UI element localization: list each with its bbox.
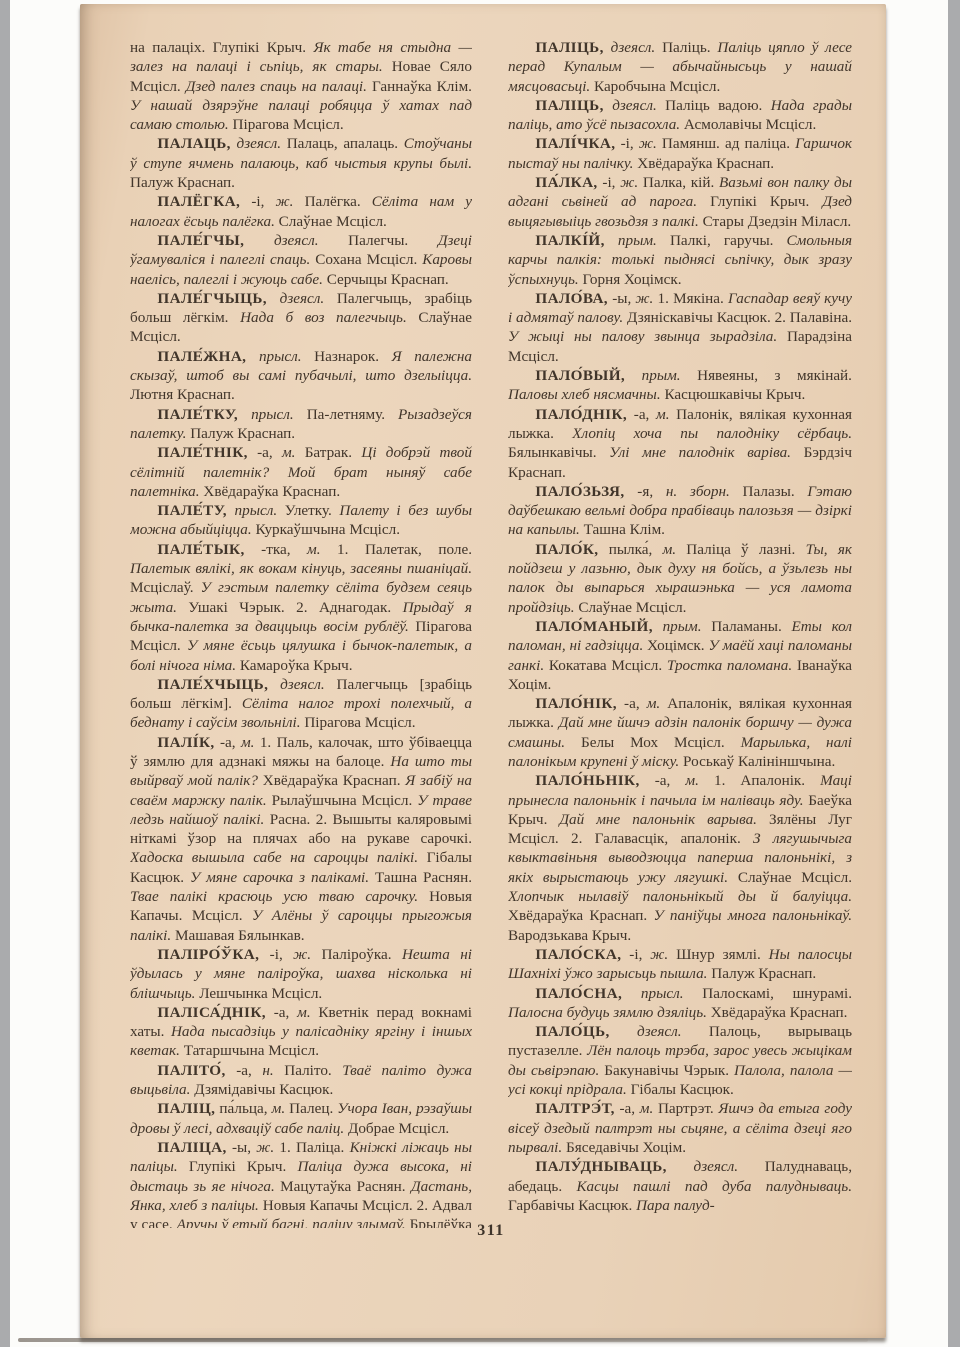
entry-headword: ПАЛІЦ, [157,1100,215,1117]
entry-text: Паліто. [274,1062,343,1079]
dictionary-entry: ПАЛАЦЬ, дзеясл. Палаць, апалаць. Стоўчан… [130,134,472,192]
dictionary-entry: ПАЛЁГКА, -і, ж. Палёгка. Сёліта нам у на… [130,192,472,231]
entry-text: -а, [615,1100,640,1117]
entry-italic-text: ж. [293,946,311,963]
entry-text: -і, [616,135,639,152]
entry-text: -ы, [227,1139,257,1156]
text-column-right: ПАЛІЦЬ, дзеясл. Паліць. Паліць цяпло ў л… [508,38,852,1228]
entry-headword: ПАЛІРО́ЎКА, [157,946,259,963]
entry-italic-text: Палетык вялікі, як вокам кінуць, засеяны… [130,560,472,577]
entry-headword: ПАЛЕ́ГЧЫЦЬ, [157,290,267,307]
entry-headword: ПАЛО́ДНІК, [535,406,627,423]
entry-text: Слаўнае Мсцісл. [275,213,387,230]
entry-text: Белы Мох Мсцісл. [565,734,740,751]
entry-text: Палуж Краснап. [186,425,295,442]
entry-text: -а, [617,695,647,712]
dictionary-entry: ПАЛО́МАНЫЙ, прым. Паламаны. Еты кол пало… [508,617,852,694]
entry-headword: ПАЛЕ́ГЧЫ, [157,232,244,249]
entry-text: Хвёдараўка Краснап. [258,772,405,789]
entry-text: Мацутаўка Раснян. [275,1178,411,1195]
entry-italic-text: м. [656,406,670,423]
dictionary-entry: ПАЛІЦ, па́льца, м. Палец. Учора Іван, рэ… [130,1099,472,1138]
entry-headword: ПАЛІТО́, [157,1062,225,1079]
entry-text: Вародзькава Крыч. [508,927,631,944]
entry-text: Бакунавічы Чэрык. [599,1062,734,1079]
entry-italic-text: прысл. [622,985,683,1002]
entry-italic-text: Дай мне палоньнік варыва. [559,811,757,828]
entry-text: -а, [640,772,686,789]
entry-headword: ПАЛО́НЬНІК, [535,772,639,789]
entry-italic-text: Касцы пашлі пад дуба палуднываць. [576,1178,852,1195]
dictionary-entry: ПАЛІ́ЧКА, -і, ж. Памянш. ад паліца. Гарш… [508,134,852,173]
entry-text: Ушакі Чэрык. 2. Аднагодак. [177,599,403,616]
entry-text: Палуж Краснап. [707,965,816,982]
entry-italic-text: ж. [256,1139,274,1156]
entry-text: 1. Апалонік. [699,772,820,789]
entry-text: Палёгка. [293,193,371,210]
entry-italic-text: прым. [605,232,657,249]
entry-italic-text: дзеясл. [267,290,324,307]
entry-italic-text: м. [663,541,677,558]
dictionary-entry: ПАЛО́НЬНІК, -а, м. 1. Апалонік. Маці пры… [508,771,852,945]
entry-text: Татаршчына Мсцісл. [180,1042,319,1059]
entry-italic-text: Хадоска вышыла сабе на сароццы палікі. [130,849,418,866]
dictionary-entry: ПАЛТРЭ́Т, -а, м. Партрэт. Яшчэ да етыга … [508,1099,852,1157]
entry-italic-text: Твае палікі красюць усю тваю сарочку. [130,888,418,905]
entry-text: Хвёдараўка Краснап. [707,1004,848,1021]
entry-text: Нявеяны, з мякінай. [681,367,852,384]
entry-italic-text: У паніўцы многа палоньнікаў. [653,907,852,924]
entry-text: Серчыцы Краснап. [323,271,449,288]
entry-text: Хоцімск. [643,637,708,654]
entry-text: Палегчы. [319,232,438,249]
entry-text: Горня Хоцімск. [579,271,682,288]
dictionary-entry: ПАЛО́ДНІК, -а, м. Палонік, вялікая кухон… [508,405,852,482]
entry-italic-text: прысл. [227,502,277,519]
entry-text: пылка́, [598,541,662,558]
entry-text: Палуж Краснап. [130,174,235,191]
entry-text: Паліць вадою. [657,97,771,114]
entry-text: -і, [621,946,650,963]
entry-italic-text: Нада б воз палегчыць. [240,309,407,326]
entry-headword: ПАЛО́НІК, [535,695,617,712]
dictionary-entry: ПАЛО́ЦЬ, дзеясл. Палоць, вырываць пустаз… [508,1022,852,1099]
entry-text: 1. Палетак, поле. [321,541,472,558]
entry-text: Мсціслаў. [130,579,201,596]
entry-italic-text: Хлопіц хоча пы палодніку сёрбаць. [572,425,852,442]
entry-text: Хвёдараўка Краснап. [633,155,774,172]
entry-italic-text: У мяне сарочка з палікамі. [190,869,369,886]
entry-italic-text: прым. [653,618,702,635]
entry-text: Роськаў Калініншчына. [679,753,835,770]
entry-text: Слаўнае Мсцісл. [575,599,687,616]
entry-text: Гібалы Касцюк. [627,1081,734,1098]
entry-text: Каробчына Мсцісл. [590,78,720,95]
entry-headword: ПАЛУ́ДНЫВАЦЬ, [535,1158,666,1175]
entry-text: -і, [598,174,621,191]
entry-italic-text: Дзед палез спаць на палаці. [186,78,367,95]
dictionary-entry: ПАЛЕ́ХЧЫЦЬ, дзеясл. Палегчыць [зрабіць б… [130,675,472,733]
page-number: 311 [130,1222,852,1240]
dictionary-entry: ПАЛІ́К, -а, м. 1. Паль, калочак, што ўбі… [130,733,472,945]
entry-text: Лютня Краснап. [130,386,235,403]
entry-headword: ПА́ЛКА, [535,174,597,191]
entry-headword: ПАЛЕ́ТНІК, [157,444,248,461]
entry-text: Гарбавічы Касцюк. [508,1197,636,1214]
entry-italic-text: дзеясл. [667,1158,738,1175]
entry-italic-text: м. [241,734,255,751]
entry-text: -тка, [245,541,307,558]
entry-italic-text: Тростка паломана. [667,657,792,674]
entry-italic-text: Улі мне палоднік варіва. [609,444,791,461]
entry-text: Сохана Мсцісл. [310,251,422,268]
text-column-left: на палаціх. Глупікі Крыч. Як табе ня сты… [130,38,472,1228]
entry-headword: ПАЛО́К, [535,541,598,558]
entry-text: Бяседавічы Хоцім. [562,1139,686,1156]
entry-text: -я, [625,483,666,500]
dictionary-entry: ПАЛІЦЬ, дзеясл. Паліць. Паліць цяпло ў л… [508,38,852,96]
entry-text: Палоскамі, шнурамі. [684,985,852,1002]
entry-headword: ПАЛІ́К, [157,734,214,751]
entry-text: Машавая Бялынкав. [171,927,304,944]
entry-text: -і, [240,193,275,210]
entry-text: -а, [248,444,282,461]
entry-italic-text: дзеясл. [244,232,318,249]
entry-text: Партрэт. [653,1100,718,1117]
dictionary-entry: ПАЛО́К, пылка́, м. Паліца ў лазні. Ты, я… [508,540,852,617]
entry-headword: ПАЛТРЭ́Т, [535,1100,614,1117]
entry-italic-text: м. [647,695,661,712]
entry-text: Добрае Мсцісл. [344,1120,449,1137]
entry-headword: ПАЛЕ́ТКУ, [157,406,238,423]
entry-italic-text: м. [307,541,321,558]
entry-text: Рылаўшчына Мсцісл. [267,792,418,809]
dictionary-entry: ПАЛЕ́ГЧЫЦЬ, дзеясл. Палегчыць, зрабіць б… [130,289,472,347]
entry-headword: ПАЛЕ́ТЫК, [157,541,244,558]
entry-headword: ПАЛО́СКА, [535,946,621,963]
entry-text: Бялынкавічы. [508,444,609,461]
dictionary-entry: ПАЛКІ́Й, прым. Палкі, гаручы. Смольныя к… [508,231,852,289]
dictionary-entry: ПАЛІЦЬ, дзеясл. Паліць вадою. Нада грады… [508,96,852,135]
entry-text: Назнарок. [302,348,392,365]
entry-italic-text: прым. [625,367,680,384]
entry-text: па́льца, [215,1100,271,1117]
dictionary-entry: ПАЛЕ́ГЧЫ, дзеясл. Палегчы. Дзеці ўгамува… [130,231,472,289]
dictionary-entry: ПАЛЕ́ТКУ, прысл. Па-летняму. Рызадзеўся … [130,405,472,444]
entry-text: Касцюшкавічы Крыч. [661,386,806,403]
entry-italic-text: м. [297,1004,311,1021]
entry-text: -ы, [608,290,635,307]
entry-italic-text: м. [282,444,296,461]
entry-italic-text: прысл. [238,406,294,423]
entry-italic-text: У жыці ны палову звынца зырадзіла. [508,328,777,345]
entry-text: 1. Паліца. [274,1139,349,1156]
dictionary-entry: ПАЛО́ЗЬЗЯ, -я, н. зборн. Палазы. Гэтаю д… [508,482,852,540]
entry-text: 1. Мякіна. [653,290,728,307]
entry-headword: ПАЛЕ́ЖНА, [157,348,246,365]
entry-text: Палец. [285,1100,337,1117]
dictionary-entry: ПАЛЕ́ТНІК, -а, м. Батрак. Ці добрэй твой… [130,443,472,501]
entry-italic-text: дзеясл. [604,39,655,56]
entry-text: Шнур зямлі. [668,946,768,963]
dictionary-entry: ПАЛО́СКА, -і, ж. Шнур зямлі. Ны палосцы … [508,945,852,984]
entry-text: Палкі, гаручы. [657,232,787,249]
entry-italic-text: н. зборн. [666,483,730,500]
entry-text: Батрак. [295,444,361,461]
entry-text: Дзяніскавічы Касцюк. 2. Палавіна. [623,309,852,326]
entry-text: Хвёдараўка Краснап. [200,483,341,500]
entry-headword: ПАЛІСА́ДНІК, [157,1004,266,1021]
entry-text: -а, [226,1062,263,1079]
dictionary-entry: ПАЛЕ́ТУ, прысл. Улетку. Палету і без шуб… [130,501,472,540]
dictionary-entry: ПАЛЕ́ТЫК, -тка, м. 1. Палетак, поле. Пал… [130,540,472,675]
dictionary-entry: ПАЛУ́ДНЫВАЦЬ, дзеясл. Палуднаваць, абеда… [508,1157,852,1215]
entry-italic-text: ж. [635,290,653,307]
entry-text: Ганнаўка Клім. [367,78,472,95]
dictionary-entry: ПАЛО́СНА, прысл. Палоскамі, шнурамі. Пал… [508,984,852,1023]
entry-text: Дзямідавічы Касцюк. [190,1081,333,1098]
entry-headword: ПАЛАЦЬ, [157,135,231,152]
entry-italic-text: ж. [620,174,638,191]
entry-text: -а, [627,406,656,423]
dictionary-entry: ПА́ЛКА, -і, ж. Палка, кій. Вазьмі вон па… [508,173,852,231]
dictionary-entry: ПАЛО́НІК, -а, м. Апалонік, вялікая кухон… [508,694,852,771]
entry-text: -і, [259,946,293,963]
entry-italic-text: м. [640,1100,654,1117]
entry-headword: ПАЛІ́ЧКА, [535,135,615,152]
entry-headword: ПАЛО́ВА, [535,290,608,307]
entry-text: Камароўка Крыч. [236,657,353,674]
entry-text: -а, [266,1004,297,1021]
entry-headword: ПАЛІЦА, [157,1139,226,1156]
entry-italic-text: дзеясл. [604,97,657,114]
entry-headword: ПАЛО́ВЫЙ, [535,367,625,384]
entry-italic-text: прысл. [246,348,301,365]
entry-text: Палазы. [730,483,808,500]
entry-headword: ПАЛЕ́ХЧЫЦЬ, [157,676,268,693]
entry-headword: ПАЛЁГКА, [157,193,240,210]
entry-headword: ПАЛО́МАНЫЙ, [535,618,653,635]
dictionary-entry: ПАЛІРО́ЎКА, -і, ж. Паліроўка. Нешта ні ў… [130,945,472,1003]
entry-italic-text: Хлопчык нылавіў палоньнікый ды й балуіцц… [508,888,852,905]
entry-text: Глупікі Крыч. [697,193,822,210]
entry-headword: ПАЛЕ́ТУ, [157,502,227,519]
entry-italic-text: дзеясл. [610,1023,682,1040]
entry-italic-text: Палосна будуць зямлю дзяліць. [508,1004,707,1021]
dictionary-entry: ПАЛО́ВЫЙ, прым. Нявеяны, з мякінай. Пало… [508,366,852,405]
entry-text: на палаціх. Глупікі Крыч. [130,39,313,56]
entry-text: Па-летняму. [294,406,398,423]
entry-text: Куркаўшчына Мсцісл. [252,521,400,538]
entry-text: Слаўнае Мсцісл. [728,869,852,886]
entry-headword: ПАЛО́СНА, [535,985,622,1002]
entry-text: Глупікі Крыч. [178,1158,298,1175]
entry-text: Памянш. ад паліца. [657,135,795,152]
entry-text: Улетку. [277,502,339,519]
entry-text: -а, [215,734,241,751]
entry-headword: ПАЛІЦЬ, [535,97,603,114]
dictionary-entry: на палаціх. Глупікі Крыч. Як табе ня сты… [130,38,472,134]
entry-text: Паламаны. [702,618,792,635]
dictionary-entry: ПАЛІЦА, -ы, ж. 1. Паліца. Кніжкі ліжаць … [130,1138,472,1228]
entry-text: Стары Дзедзін Міласл. [699,213,851,230]
entry-italic-text: ж. [639,135,657,152]
entry-text: Лешчынка Мсцісл. [195,985,322,1002]
entry-text: Ташна Раснян. [369,869,472,886]
entry-text: Пірагова Мсцісл. [301,714,416,731]
entry-italic-text: ж. [650,946,668,963]
entry-text: Пірагова Мсцісл. [229,116,344,133]
entry-italic-text: дзеясл. [231,135,281,152]
dictionary-entry: ПАЛІТО́, -а, н. Паліто. Тваё паліто дужа… [130,1061,472,1100]
entry-text: Паліроўка. [311,946,402,963]
entry-text: Палаць, апалаць. [281,135,404,152]
entry-headword: ПАЛІЦЬ, [535,39,603,56]
entry-headword: ПАЛО́ЦЬ, [535,1023,609,1040]
entry-headword: ПАЛКІ́Й, [535,232,604,249]
dictionary-entry: ПАЛЕ́ЖНА, прысл. Назнарок. Я палежна скы… [130,347,472,405]
entry-italic-text: м. [272,1100,286,1117]
entry-text: Паліць. [655,39,717,56]
entry-italic-text: дзеясл. [268,676,324,693]
entry-italic-text: н. [262,1062,273,1079]
entry-text: Асмолавічы Мсцісл. [680,116,816,133]
entry-headword: ПАЛО́ЗЬЗЯ, [535,483,624,500]
entry-text: Ташна Клім. [580,521,665,538]
page-scan: на палаціх. Глупікі Крыч. Як табе ня сты… [80,4,886,1338]
entry-italic-text: Пара палуд- [636,1197,715,1214]
entry-italic-text: м. [685,772,699,789]
entry-text: Палка, кій. [638,174,719,191]
entry-italic-text: Паловы хлеб нясмачны. [508,386,661,403]
entry-text: Паліца ў лазні. [676,541,806,558]
entry-text: Хвёдараўка Краснап. [508,907,653,924]
page-bottom-shadow [18,1338,868,1342]
dictionary-entry: ПАЛІСА́ДНІК, -а, м. Кветнік перад вокнам… [130,1003,472,1061]
dictionary-entry: ПАЛО́ВА, -ы, ж. 1. Мякіна. Гаспадар веяў… [508,289,852,366]
entry-italic-text: ж. [276,193,294,210]
entry-text: Кокатава Мсцісл. [544,657,667,674]
